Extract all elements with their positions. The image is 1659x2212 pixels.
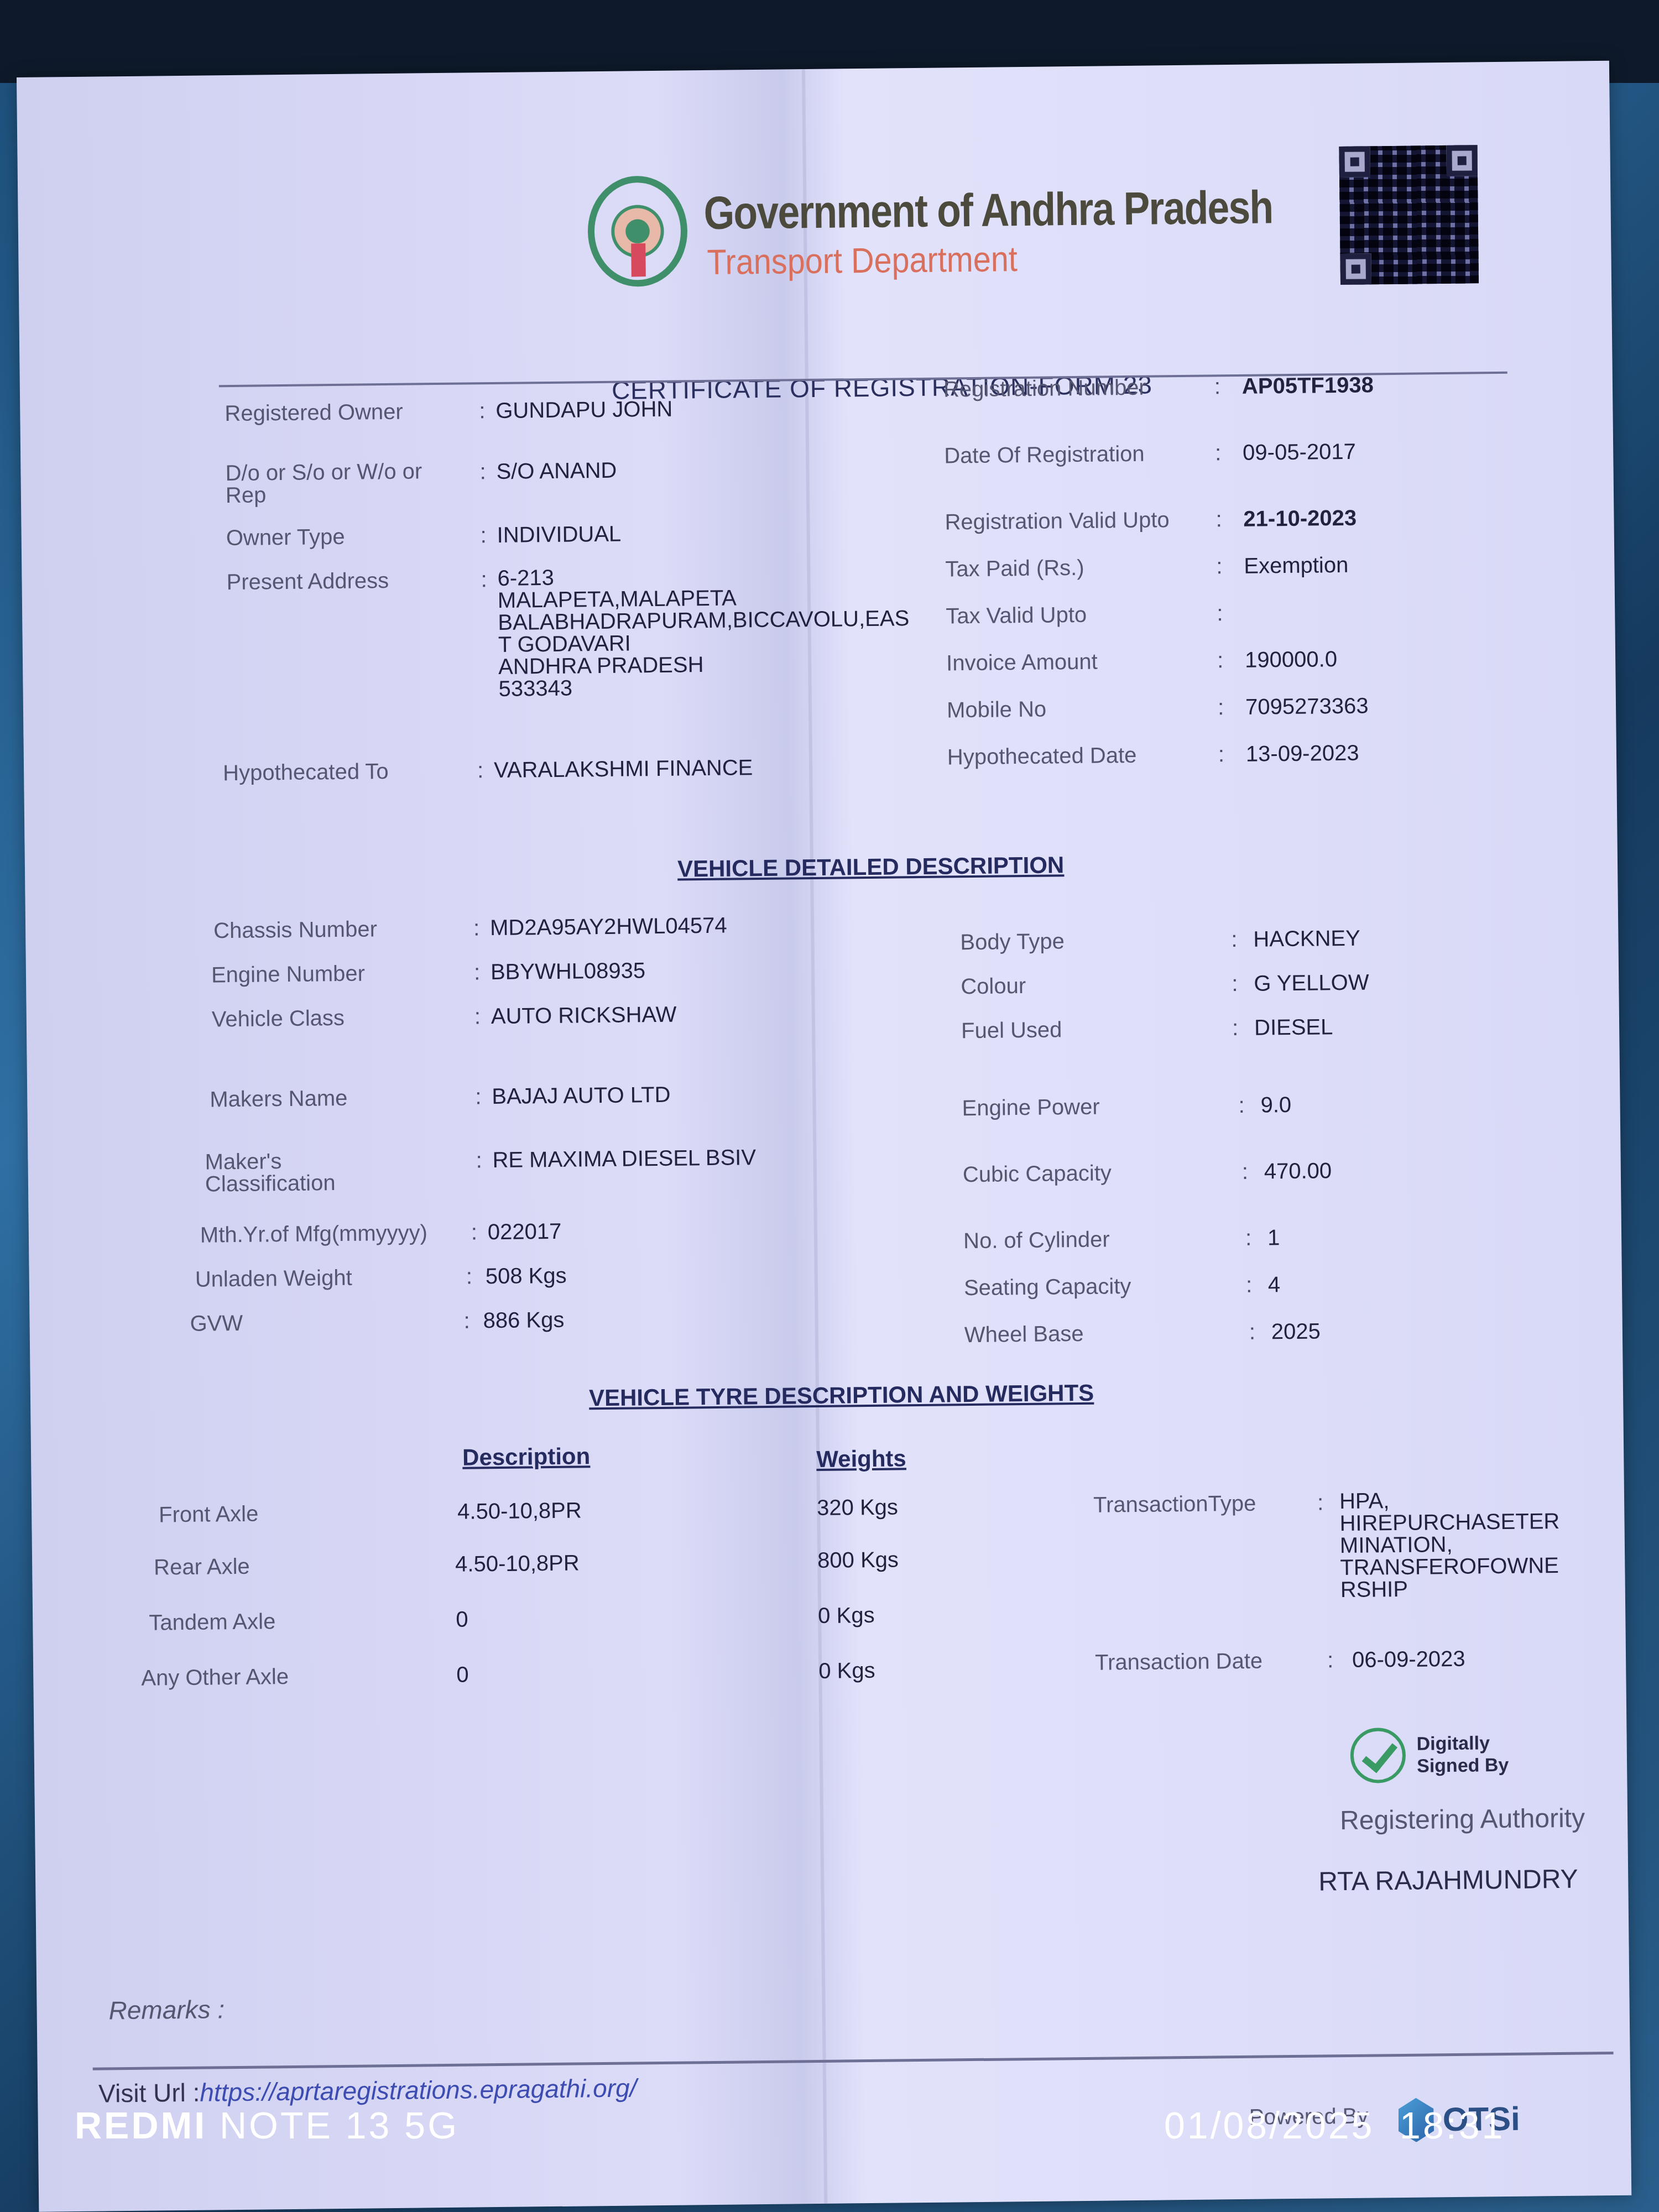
- colon: :: [479, 460, 486, 484]
- field-value: 13-09-2023: [1246, 741, 1359, 767]
- tyre-description: 0: [456, 1663, 469, 1688]
- colon: :: [1214, 374, 1221, 399]
- tyre-description: 4.50-10,8PR: [455, 1551, 580, 1577]
- colon: :: [1216, 554, 1223, 579]
- field-label: Colour: [961, 974, 1026, 999]
- colon: :: [1238, 1093, 1245, 1118]
- colon: :: [475, 1084, 482, 1109]
- colon: :: [1317, 1490, 1324, 1515]
- transaction-type-value: HPA, HIREPURCHASETER MINATION, TRANSFERO…: [1339, 1488, 1561, 1601]
- field-value: DIESEL: [1254, 1015, 1333, 1040]
- field-value: 1: [1267, 1225, 1280, 1250]
- field-label: Mobile No: [947, 697, 1047, 723]
- government-title: Government of Andhra Pradesh: [703, 180, 1273, 240]
- colon: :: [471, 1220, 478, 1245]
- axle-weight: 320 Kgs: [817, 1495, 898, 1521]
- address-line: BALABHADRAPURAM,BICCAVOLU,EAS: [498, 607, 909, 634]
- axle-weight: 0 Kgs: [818, 1603, 875, 1629]
- department-title: Transport Department: [707, 238, 1018, 283]
- colon: :: [1217, 648, 1224, 673]
- colon: :: [1327, 1648, 1334, 1673]
- field-label: Cubic Capacity: [963, 1161, 1112, 1187]
- axle-label: Tandem Axle: [149, 1609, 275, 1635]
- field-label: Date Of Registration: [944, 442, 1145, 469]
- field-label: Makers Name: [210, 1086, 347, 1113]
- field-label: TransactionType: [1093, 1491, 1256, 1518]
- tyre-description: 4.50-10,8PR: [457, 1498, 582, 1524]
- field-label: Body Type: [960, 929, 1065, 955]
- field-label: Hypothecated To: [223, 759, 389, 786]
- transaction-type-line: HIREPURCHASETER: [1339, 1510, 1559, 1535]
- field-value: 4: [1268, 1272, 1281, 1297]
- colon: :: [480, 523, 487, 548]
- colon: :: [474, 1004, 481, 1029]
- field-label: Engine Power: [962, 1095, 1100, 1121]
- field-value: 09-05-2017: [1243, 440, 1356, 466]
- field-label: Wheel Base: [964, 1322, 1084, 1348]
- field-label: Invoice Amount: [946, 650, 1098, 676]
- axle-label: Front Axle: [159, 1502, 259, 1528]
- colon: :: [1217, 601, 1223, 626]
- colon: :: [1245, 1226, 1252, 1251]
- transaction-type-line: TRANSFEROFOWNE: [1340, 1554, 1560, 1579]
- field-label: Registered Owner: [225, 400, 403, 426]
- field-value: GUNDAPU JOHN: [495, 397, 672, 424]
- field-value: BAJAJ AUTO LTD: [492, 1083, 671, 1109]
- address-value: 6-213 MALAPETA,MALAPETA BALABHADRAPURAM,…: [497, 563, 910, 700]
- field-value: 508 Kgs: [486, 1264, 567, 1290]
- transaction-type-line: MINATION,: [1340, 1532, 1560, 1557]
- colon: :: [479, 399, 486, 424]
- qr-code-icon: [1339, 145, 1479, 285]
- qr-finder: [1340, 253, 1371, 285]
- colon: :: [1232, 972, 1238, 997]
- ap-state-emblem-icon: [587, 175, 688, 287]
- field-label: Registration Number: [943, 375, 1146, 403]
- field-value: 190000.0: [1245, 647, 1337, 673]
- field-label: Mth.Yr.of Mfg(mmyyyy): [200, 1220, 428, 1248]
- colon: :: [476, 1148, 482, 1173]
- camera-watermark-datetime: 01/08/2025 18:31: [1164, 2104, 1505, 2147]
- field-value: RE MAXIMA DIESEL BSIV: [492, 1145, 756, 1173]
- transaction-type-line: RSHIP: [1340, 1577, 1561, 1601]
- colon: :: [466, 1264, 473, 1289]
- field-value: 022017: [488, 1219, 562, 1245]
- colon: :: [1249, 1320, 1256, 1345]
- field-label: Engine Number: [211, 961, 365, 988]
- colon: :: [1231, 927, 1238, 952]
- field-label: Unladen Weight: [195, 1266, 352, 1292]
- axle-label: Any Other Axle: [141, 1665, 289, 1691]
- colon: :: [1215, 441, 1222, 466]
- tyre-description: 0: [456, 1608, 468, 1632]
- field-value: 2025: [1271, 1319, 1321, 1344]
- field-label: Owner Type: [226, 525, 345, 551]
- field-value: 886 Kgs: [483, 1308, 564, 1334]
- field-label: Hypothecated Date: [947, 743, 1137, 770]
- signed-line: Digitally: [1416, 1732, 1509, 1755]
- field-label: Transaction Date: [1095, 1649, 1263, 1676]
- field-label: Seating Capacity: [964, 1274, 1131, 1301]
- field-value: 06-09-2023: [1352, 1647, 1465, 1673]
- colon: :: [1232, 1016, 1239, 1041]
- colon: :: [1218, 742, 1225, 767]
- qr-finder: [1446, 145, 1478, 176]
- colon: :: [1215, 507, 1222, 532]
- visit-url: Visit Url :https://aprtaregistrations.ep…: [98, 2073, 637, 2108]
- camera-brand: REDMI: [75, 2105, 207, 2147]
- field-value: INDIVIDUAL: [497, 522, 621, 548]
- digital-signature-check-icon: [1350, 1728, 1406, 1783]
- remarks-label: Remarks :: [108, 1994, 225, 2025]
- field-label: D/o or S/o or W/o or Rep: [225, 460, 447, 507]
- registration-certificate: Government of Andhra Pradesh Transport D…: [17, 61, 1631, 2212]
- field-label: Maker's Classification: [205, 1150, 349, 1196]
- address-line: 533343: [498, 674, 910, 700]
- tyre-column-weights: Weights: [816, 1445, 906, 1473]
- colon: :: [473, 916, 480, 941]
- camera-watermark-model: REDMI NOTE 13 5G: [75, 2104, 459, 2147]
- field-label: Tax Paid (Rs.): [945, 556, 1084, 582]
- vehicle-section-title: VEHICLE DETAILED DESCRIPTION: [677, 852, 1065, 882]
- field-label: Present Address: [226, 568, 389, 595]
- field-label: Registration Valid Upto: [945, 508, 1170, 535]
- axle-weight: 0 Kgs: [818, 1658, 875, 1684]
- signed-line: Signed By: [1417, 1754, 1509, 1777]
- digitally-signed-label: Digitally Signed By: [1416, 1732, 1509, 1777]
- axle-weight: 800 Kgs: [817, 1547, 899, 1573]
- colon: :: [477, 758, 484, 783]
- field-value: 9.0: [1260, 1093, 1291, 1118]
- field-label: Vehicle Class: [212, 1006, 345, 1032]
- field-value: Exemption: [1244, 553, 1348, 579]
- field-value: S/O ANAND: [496, 458, 617, 484]
- visit-url-link[interactable]: https://aprtaregistrations.epragathi.org…: [200, 2073, 637, 2106]
- camera-model: NOTE 13 5G: [220, 2105, 459, 2147]
- rta-office: RTA RAJAHMUNDRY: [1318, 1864, 1578, 1897]
- axle-label: Rear Axle: [154, 1554, 250, 1580]
- field-value: AUTO RICKSHAW: [491, 1003, 677, 1030]
- field-label: Tax Valid Upto: [946, 603, 1087, 629]
- field-value: 470.00: [1264, 1159, 1332, 1184]
- colon: :: [463, 1309, 470, 1334]
- field-label: GVW: [190, 1311, 243, 1337]
- field-value: VARALAKSHMI FINANCE: [494, 755, 753, 783]
- registration-number-value: AP05TF1938: [1242, 373, 1374, 399]
- field-value: 7095273363: [1245, 693, 1369, 719]
- field-value: 21-10-2023: [1243, 506, 1357, 532]
- registering-authority-label: Registering Authority: [1340, 1803, 1585, 1836]
- colon: :: [481, 567, 487, 592]
- field-value: G YELLOW: [1254, 970, 1369, 996]
- field-value: MD2A95AY2HWL04574: [490, 914, 727, 941]
- colon: :: [1218, 695, 1224, 720]
- field-value: HACKNEY: [1253, 926, 1360, 952]
- transaction-type-line: HPA,: [1339, 1488, 1559, 1512]
- field-label: No. of Cylinder: [963, 1227, 1110, 1254]
- colon: :: [474, 960, 481, 985]
- colon: :: [1242, 1160, 1249, 1185]
- field-value: BBYWHL08935: [491, 958, 646, 985]
- tyre-column-description: Description: [462, 1443, 591, 1470]
- colon: :: [1246, 1273, 1253, 1298]
- tyre-section-title: VEHICLE TYRE DESCRIPTION AND WEIGHTS: [589, 1380, 1094, 1412]
- visit-url-label: Visit Url :: [98, 2078, 200, 2108]
- field-label: Chassis Number: [213, 917, 377, 943]
- footer-divider: [93, 2052, 1614, 2070]
- qr-finder: [1339, 146, 1370, 178]
- field-label: Fuel Used: [961, 1018, 1062, 1044]
